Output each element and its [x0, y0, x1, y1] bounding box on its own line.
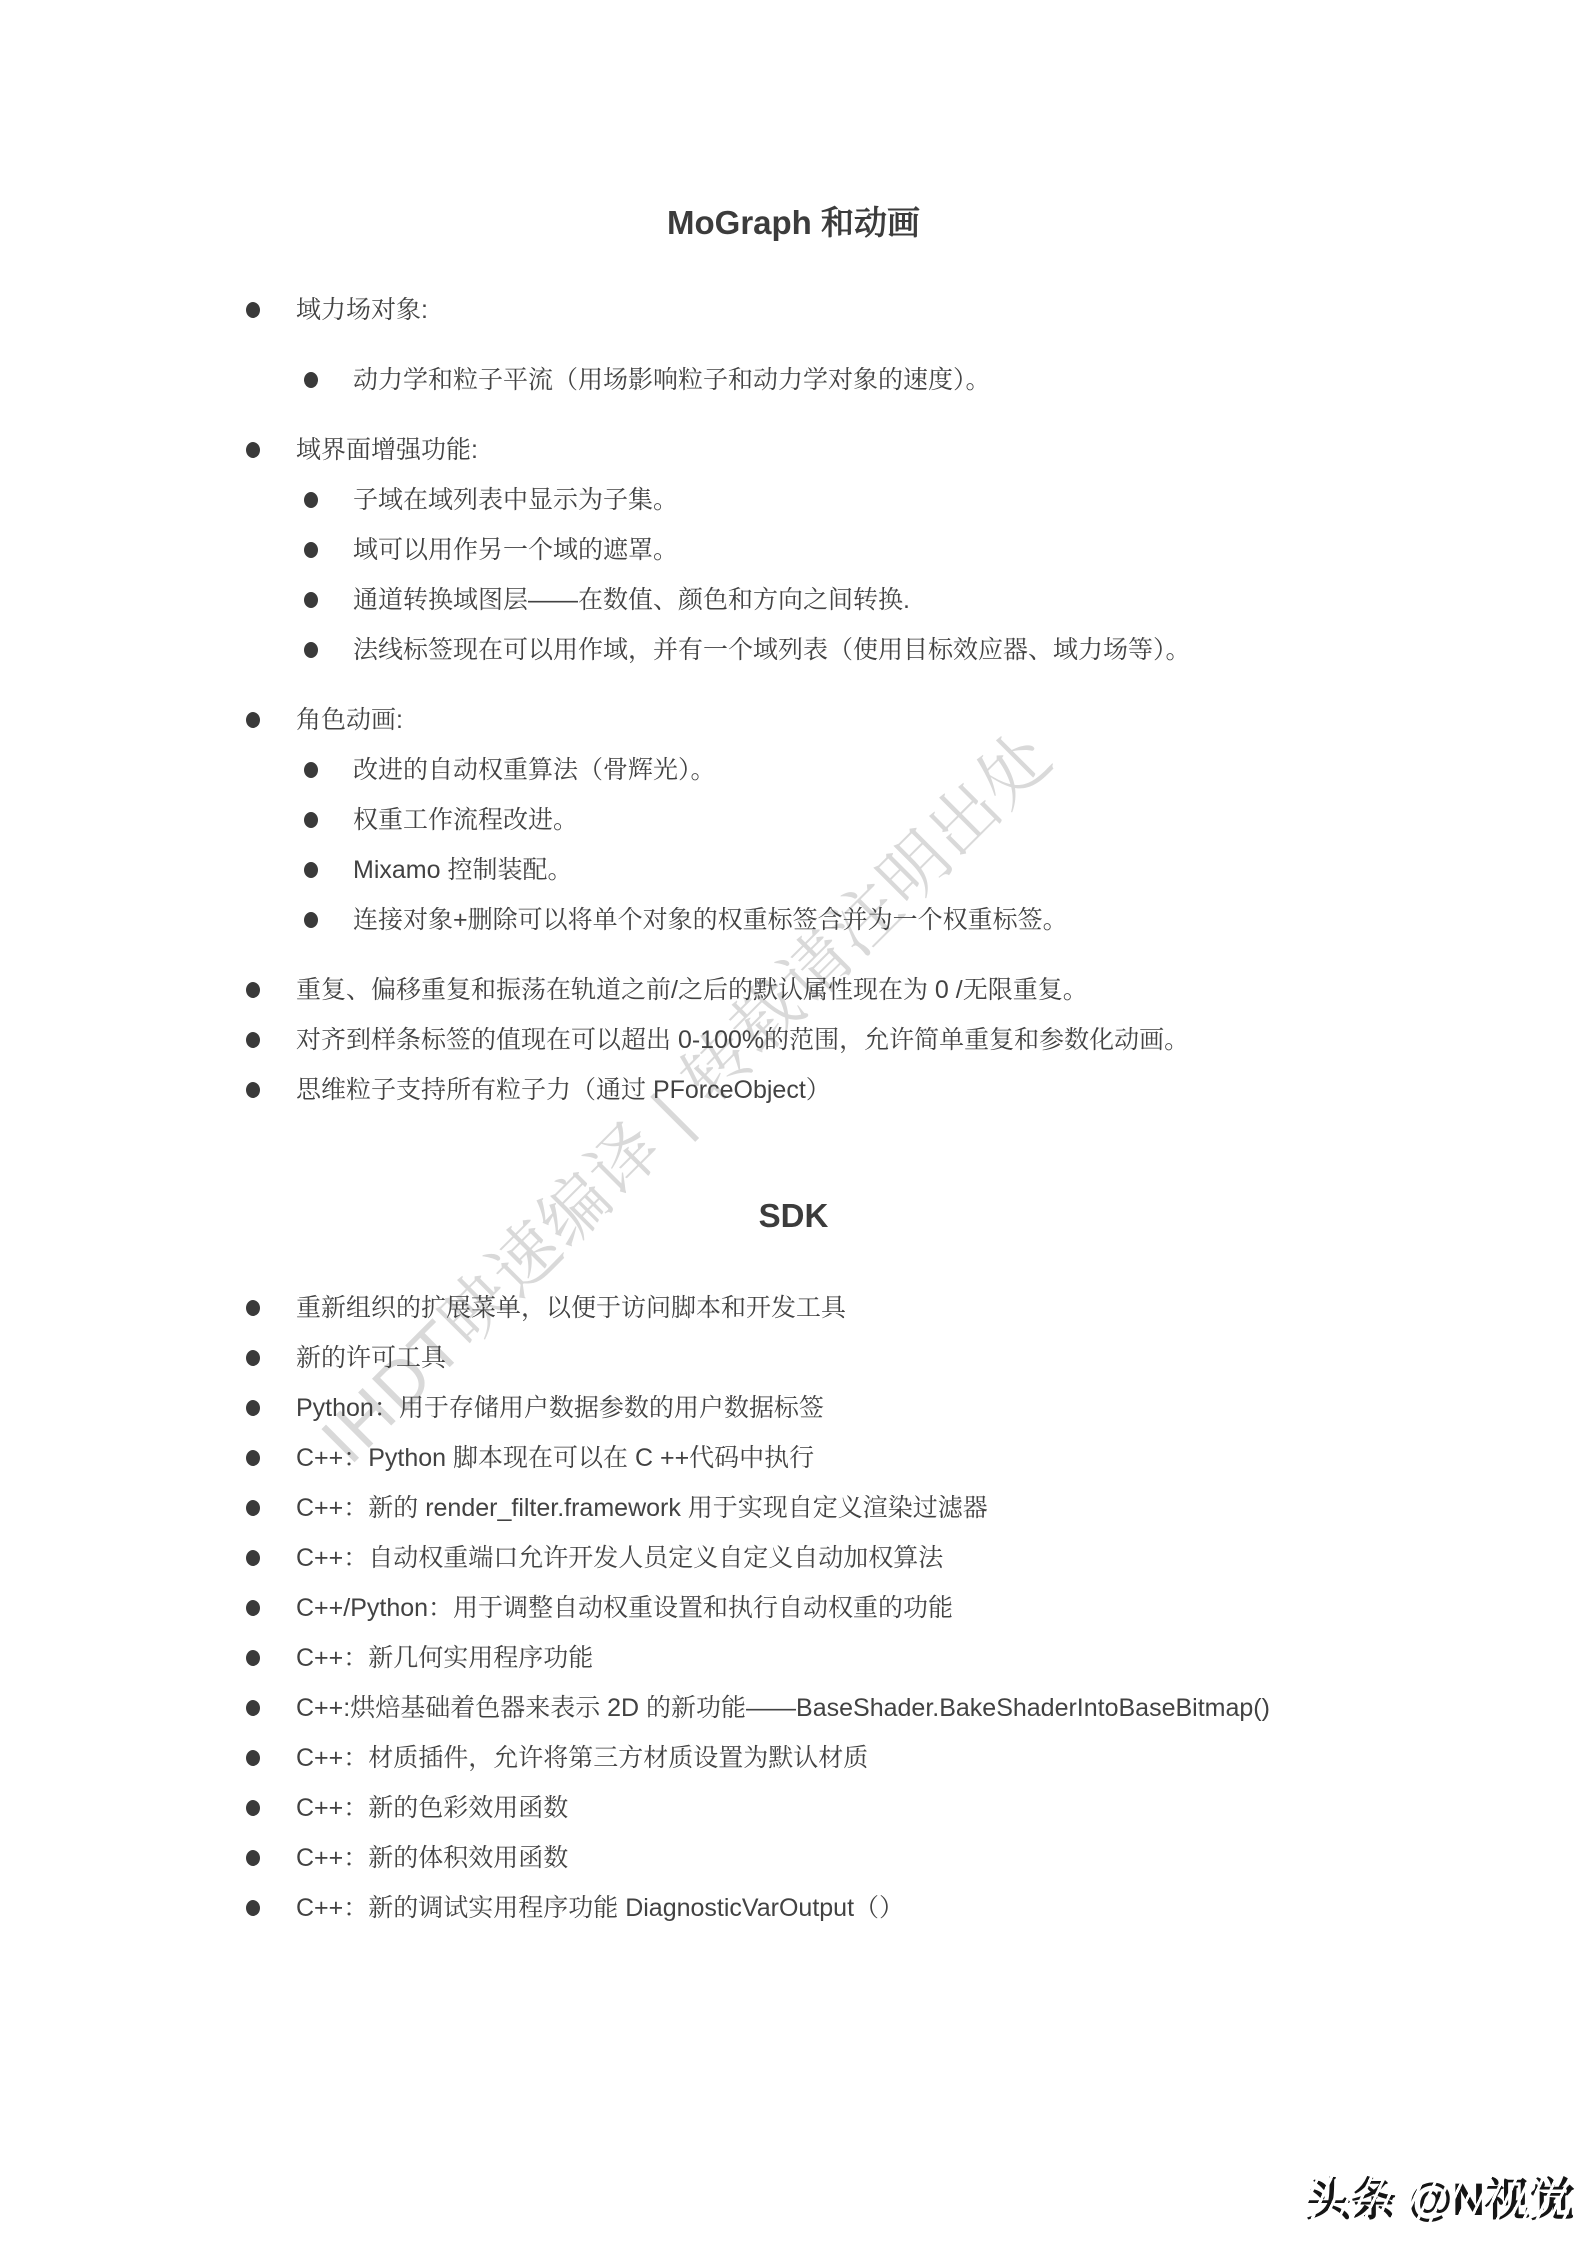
bullet-icon — [304, 912, 318, 928]
list-item: 思维粒子支持所有粒子力（通过 PForceObject） — [0, 1075, 1587, 1105]
list-item-text: 角色动画: — [296, 706, 403, 734]
toutiao-watermark: 头条 @N视觉 — [1306, 2163, 1575, 2228]
bullet-icon — [246, 1300, 260, 1316]
list-item: 动力学和粒子平流（用场影响粒子和动力学对象的速度）。 — [0, 365, 1587, 395]
list-item: 重复、偏移重复和振荡在轨道之前/之后的默认属性现在为 0 /无限重复。 — [0, 975, 1587, 1005]
list-item: 改进的自动权重算法（骨辉光）。 — [0, 755, 1587, 785]
list-item: 角色动画: — [0, 705, 1587, 735]
bullet-icon — [246, 982, 260, 998]
list-item: Python：用于存储用户数据参数的用户数据标签 — [0, 1393, 1587, 1423]
bullet-icon — [246, 1082, 260, 1098]
bullet-icon — [246, 1400, 260, 1416]
list-item: 域可以用作另一个域的遮罩。 — [0, 535, 1587, 565]
list-item: C++：Python 脚本现在可以在 C ++代码中执行 — [0, 1443, 1587, 1473]
list-item: C++:烘焙基础着色器来表示 2D 的新功能——BaseShader.BakeS… — [0, 1693, 1587, 1723]
bullet-icon — [246, 1750, 260, 1766]
list-item: Mixamo 控制装配。 — [0, 855, 1587, 885]
bullet-icon — [246, 712, 260, 728]
list-item-text: 新的许可工具 — [296, 1344, 446, 1372]
list-item-text: 法线标签现在可以用作域，并有一个域列表（使用目标效应器、域力场等）。 — [353, 636, 1191, 664]
list-item-text: C++：自动权重端口允许开发人员定义自定义自动加权算法 — [296, 1544, 943, 1572]
list-item-text: Python：用于存储用户数据参数的用户数据标签 — [296, 1394, 824, 1422]
bullet-icon — [246, 1032, 260, 1048]
list-item-text: 动力学和粒子平流（用场影响粒子和动力学对象的速度）。 — [353, 366, 991, 394]
bullet-icon — [246, 1350, 260, 1366]
list-item-text: 重新组织的扩展菜单，以便于访问脚本和开发工具 — [296, 1294, 846, 1322]
list-item: 新的许可工具 — [0, 1343, 1587, 1373]
list-item-text: 权重工作流程改进。 — [353, 806, 578, 834]
list-item-text: C++:烘焙基础着色器来表示 2D 的新功能——BaseShader.BakeS… — [296, 1694, 1270, 1722]
section-title-sdk: SDK — [0, 1193, 1587, 1239]
list-item-text: C++：新的调试实用程序功能 DiagnosticVarOutput（） — [296, 1894, 904, 1922]
list-item: C++：新几何实用程序功能 — [0, 1643, 1587, 1673]
list-item: 法线标签现在可以用作域，并有一个域列表（使用目标效应器、域力场等）。 — [0, 635, 1587, 665]
bullet-icon — [304, 372, 318, 388]
bullet-icon — [304, 642, 318, 658]
list-item-text: 子域在域列表中显示为子集。 — [353, 486, 678, 514]
section-title-mograph: MoGraph 和动画 — [0, 200, 1587, 246]
list-item-text: C++：新的色彩效用函数 — [296, 1794, 568, 1822]
list-item-text: 思维粒子支持所有粒子力（通过 PForceObject） — [296, 1076, 831, 1104]
list-item: 对齐到样条标签的值现在可以超出 0-100%的范围，允许简单重复和参数化动画。 — [0, 1025, 1587, 1055]
list-item-text: 域力场对象: — [296, 296, 428, 324]
bullet-icon — [246, 1650, 260, 1666]
list-item: 域界面增强功能: — [0, 435, 1587, 465]
mograph-list: 域力场对象: 动力学和粒子平流（用场影响粒子和动力学对象的速度）。 域界面增强功… — [0, 295, 1587, 1105]
list-item-text: C++：新的体积效用函数 — [296, 1844, 568, 1872]
list-item: C++：新的调试实用程序功能 DiagnosticVarOutput（） — [0, 1893, 1587, 1923]
bullet-icon — [246, 1800, 260, 1816]
list-item-text: C++：新几何实用程序功能 — [296, 1644, 593, 1672]
list-item-text: 连接对象+删除可以将单个对象的权重标签合并为一个权重标签。 — [353, 906, 1068, 934]
list-item-text: 改进的自动权重算法（骨辉光）。 — [353, 756, 716, 784]
sdk-list: 重新组织的扩展菜单，以便于访问脚本和开发工具 新的许可工具 Python：用于存… — [0, 1293, 1587, 1923]
bullet-icon — [246, 302, 260, 318]
bullet-icon — [304, 812, 318, 828]
bullet-icon — [304, 862, 318, 878]
list-item: C++：新的 render_filter.framework 用于实现自定义渲染… — [0, 1493, 1587, 1523]
list-item: C++：新的色彩效用函数 — [0, 1793, 1587, 1823]
list-item-text: C++：新的 render_filter.framework 用于实现自定义渲染… — [296, 1494, 988, 1522]
bullet-icon — [246, 442, 260, 458]
bullet-icon — [304, 592, 318, 608]
list-item-text: Mixamo 控制装配。 — [353, 856, 572, 884]
bullet-icon — [246, 1500, 260, 1516]
bullet-icon — [246, 1900, 260, 1916]
bullet-icon — [304, 762, 318, 778]
list-item: C++：自动权重端口允许开发人员定义自定义自动加权算法 — [0, 1543, 1587, 1573]
list-item: C++：新的体积效用函数 — [0, 1843, 1587, 1873]
list-item: 权重工作流程改进。 — [0, 805, 1587, 835]
bullet-icon — [246, 1850, 260, 1866]
list-item-text: 重复、偏移重复和振荡在轨道之前/之后的默认属性现在为 0 /无限重复。 — [296, 976, 1088, 1004]
list-item: 重新组织的扩展菜单，以便于访问脚本和开发工具 — [0, 1293, 1587, 1323]
bullet-icon — [304, 492, 318, 508]
bullet-icon — [246, 1700, 260, 1716]
list-item: 域力场对象: — [0, 295, 1587, 325]
bullet-icon — [304, 542, 318, 558]
list-item: C++：材质插件，允许将第三方材质设置为默认材质 — [0, 1743, 1587, 1773]
list-item: 连接对象+删除可以将单个对象的权重标签合并为一个权重标签。 — [0, 905, 1587, 935]
bullet-icon — [246, 1550, 260, 1566]
document-page: MoGraph 和动画 域力场对象: 动力学和粒子平流（用场影响粒子和动力学对象… — [0, 200, 1587, 1923]
list-item-text: 通道转换域图层——在数值、颜色和方向之间转换. — [353, 586, 910, 614]
list-item-text: C++：材质插件，允许将第三方材质设置为默认材质 — [296, 1744, 868, 1772]
list-item: C++/Python：用于调整自动权重设置和执行自动权重的功能 — [0, 1593, 1587, 1623]
list-item: 子域在域列表中显示为子集。 — [0, 485, 1587, 515]
list-item-text: 对齐到样条标签的值现在可以超出 0-100%的范围，允许简单重复和参数化动画。 — [296, 1026, 1189, 1054]
list-item-text: C++：Python 脚本现在可以在 C ++代码中执行 — [296, 1444, 814, 1472]
list-item-text: 域可以用作另一个域的遮罩。 — [353, 536, 678, 564]
bullet-icon — [246, 1600, 260, 1616]
list-item: 通道转换域图层——在数值、颜色和方向之间转换. — [0, 585, 1587, 615]
bullet-icon — [246, 1450, 260, 1466]
list-item-text: 域界面增强功能: — [296, 436, 478, 464]
list-item-text: C++/Python：用于调整自动权重设置和执行自动权重的功能 — [296, 1594, 953, 1622]
